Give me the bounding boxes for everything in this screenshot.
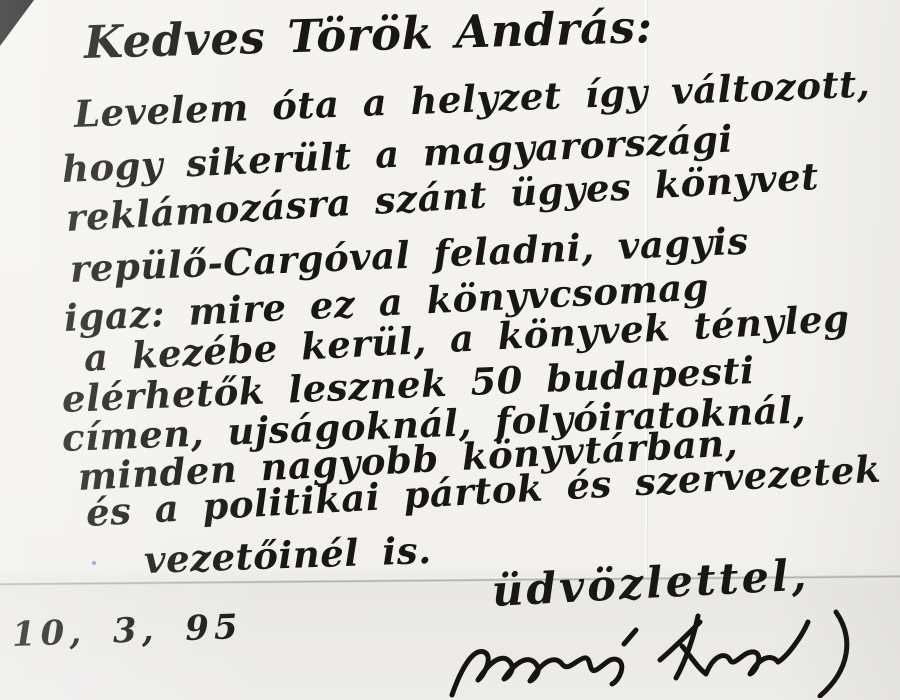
letter-line: vezetőinél is.: [143, 528, 432, 582]
letter-page: Kedves Török András: Levelem óta a helyz…: [0, 0, 900, 700]
salutation: Kedves Török András:: [83, 0, 653, 69]
date: 10, 3, 95: [11, 607, 243, 655]
signature-scrawl: [436, 598, 881, 698]
scan-corner-artifact: [0, 0, 34, 46]
letter-line: Levelem óta a helyzet így változott,: [73, 61, 871, 136]
ink-speck: [92, 561, 96, 565]
